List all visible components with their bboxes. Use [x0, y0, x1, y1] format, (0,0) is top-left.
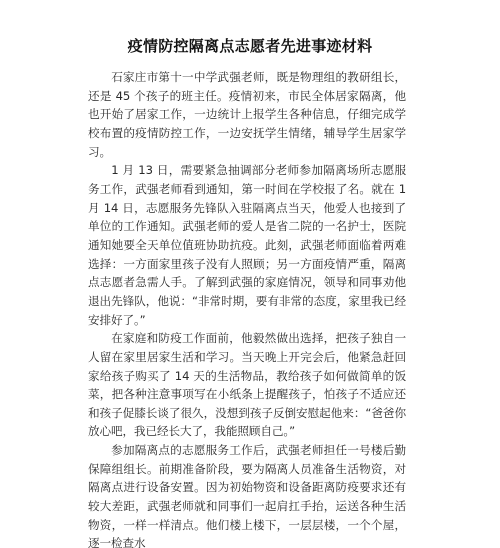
document-body: 石家庄市第十一中学武强老师，既是物理组的教研组长，还是 45 个孩子的班主任。疫…	[88, 68, 406, 548]
document-title: 疫情防控隔离点志愿者先进事迹材料	[0, 35, 500, 56]
paragraph-2: 1 月 13 日，需要紧急抽调部分老师参加隔离场所志愿服务工作，武强老师看到通知…	[88, 161, 406, 329]
paragraph-3: 在家庭和防疫工作面前，他毅然做出选择，把孩子独自一人留在家里居家生活和学习。当天…	[88, 329, 406, 441]
paragraph-1: 石家庄市第十一中学武强老师，既是物理组的教研组长，还是 45 个孩子的班主任。疫…	[88, 68, 406, 161]
paragraph-4: 参加隔离点的志愿服务工作后，武强老师担任一号楼后勤保障组组长。前期准备阶段，要为…	[88, 441, 406, 548]
document-page: 疫情防控隔离点志愿者先进事迹材料 石家庄市第十一中学武强老师，既是物理组的教研组…	[0, 0, 500, 548]
